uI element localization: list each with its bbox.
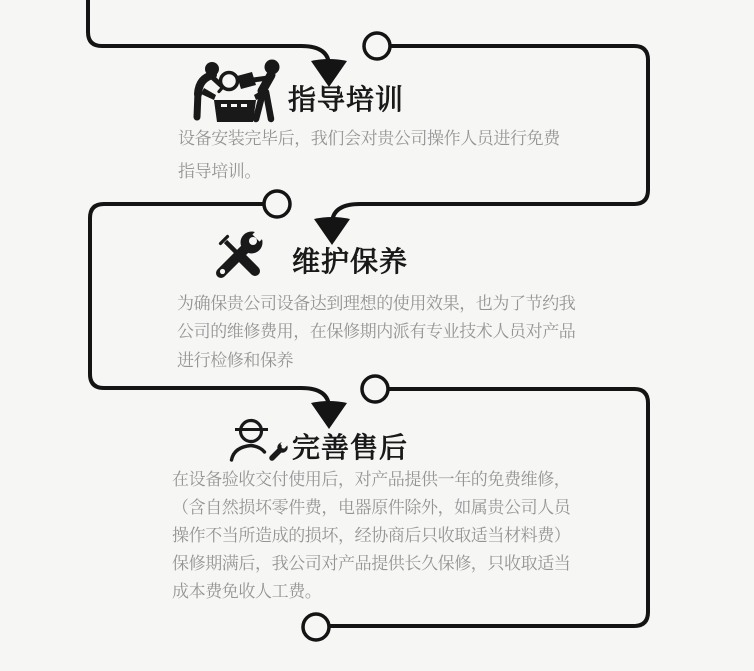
section-body-line: 操作不当所造成的损坏，经协商后只收取适当材料费） <box>172 527 570 544</box>
section-body-line: 公司的维修费用，在保修期内派有专业技术人员对产品 <box>177 323 575 340</box>
section-body-line: 设备安装完毕后，我们会对贵公司操作人员进行免费 <box>178 130 560 147</box>
flow-node-circle-2 <box>264 191 290 217</box>
person-wrench-icon <box>227 416 289 462</box>
section-title-training: 指导培训 <box>288 86 404 114</box>
section-title-maintenance: 维护保养 <box>292 248 408 276</box>
section-title-aftersales: 完善售后 <box>292 434 408 462</box>
service-flow-infographic: 指导培训 设备安装完毕后，我们会对贵公司操作人员进行免费 指导培训。 维护保养 … <box>0 0 754 671</box>
down-arrow-1 <box>311 59 347 87</box>
flow-node-circle-4 <box>303 614 329 640</box>
flow-node-circle-1 <box>364 33 390 59</box>
section-body-line: 进行检修和保养 <box>177 352 293 369</box>
unboxing-training-icon <box>185 54 289 126</box>
section-body-line: （含自然损坏零件费，电器原件除外，如属贵公司人员 <box>172 499 570 516</box>
down-arrow-2 <box>314 217 350 245</box>
section-body-line: 成本费免收人工费。 <box>172 583 321 600</box>
section-body-line: 保修期满后，我公司对产品提供长久保修，只收取适当 <box>172 555 570 572</box>
section-body-line: 指导培训。 <box>178 163 261 180</box>
wrench-screwdriver-icon <box>212 228 266 282</box>
flow-node-circle-3 <box>362 376 388 402</box>
section-body-line: 在设备验收交付使用后，对产品提供一年的免费维修， <box>172 471 570 488</box>
section-body-line: 为确保贵公司设备达到理想的使用效果，也为了节约我 <box>177 295 575 312</box>
down-arrow-3 <box>311 401 347 429</box>
